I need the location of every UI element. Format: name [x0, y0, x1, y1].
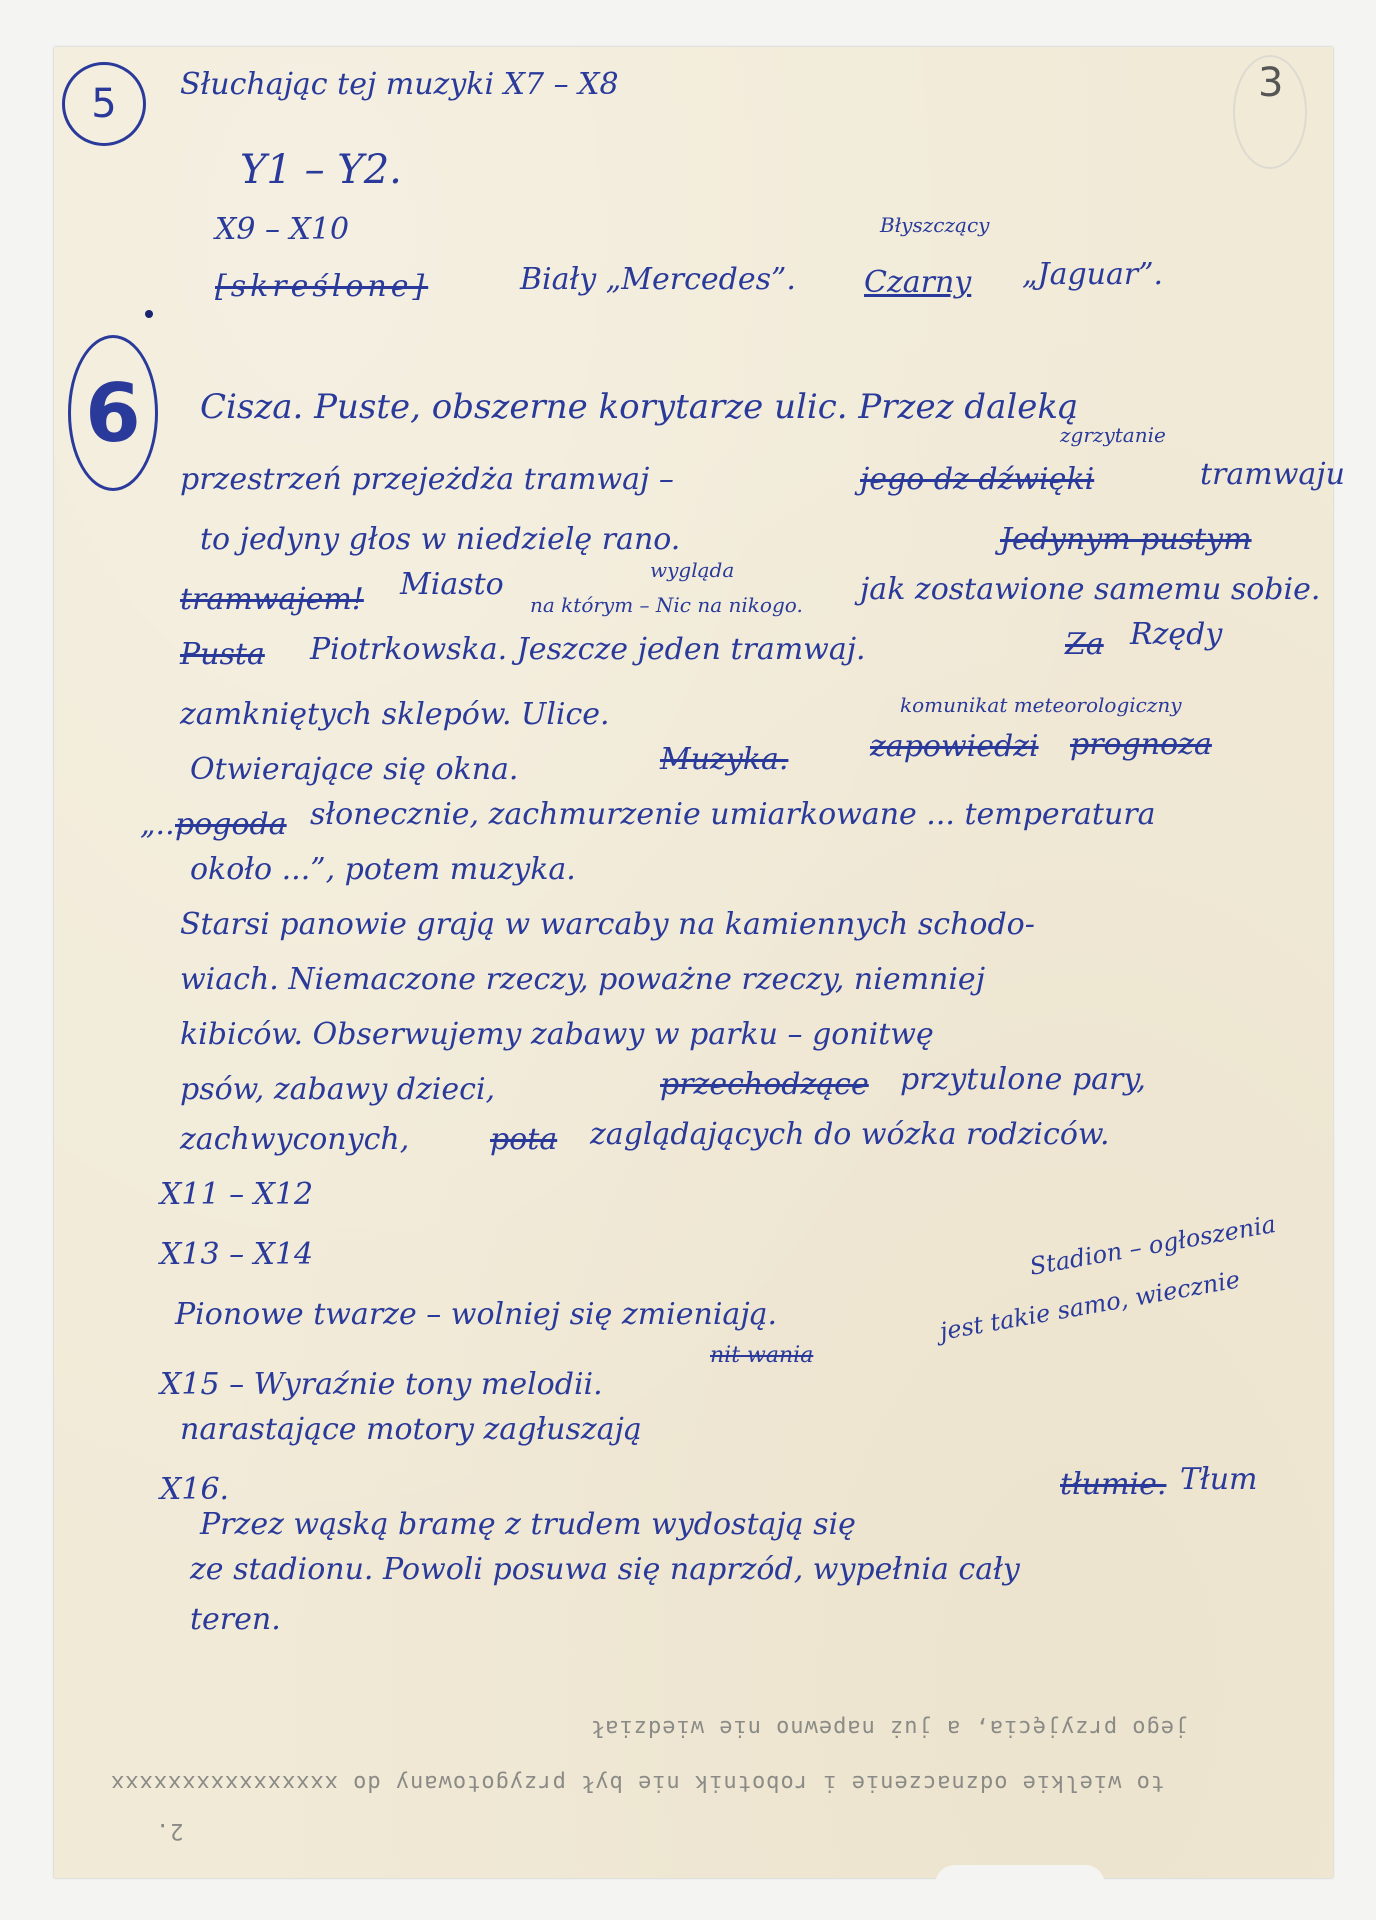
struck-word: Czarny: [864, 268, 971, 298]
line: X15 – Wyraźnie tony melodii.: [160, 1370, 603, 1400]
line: zamkniętych sklepów. Ulice.: [180, 700, 610, 730]
line: X11 – X12: [160, 1180, 313, 1210]
line: X9 – X10: [215, 215, 349, 245]
struck-word: tramwajem!: [180, 585, 364, 615]
line: Przez wąską bramę z trudem wydostają się: [200, 1510, 856, 1540]
section-marker-6: 6: [68, 335, 158, 491]
line: około ...”, potem muzyka.: [190, 855, 576, 885]
page-number: 3: [1258, 60, 1283, 106]
line: przytulone pary,: [900, 1065, 1146, 1095]
struck-word: Muzyka.: [660, 745, 788, 775]
insertion: wygląda: [650, 560, 734, 580]
line: Biały „Mercedes”.: [520, 265, 796, 295]
line: słonecznie, zachmurzenie umiarkowane ...…: [310, 800, 1156, 830]
insertion: na którym – Nic na nikogo.: [530, 595, 803, 615]
line: X16.: [160, 1475, 229, 1505]
paper-tear-notch: [935, 1865, 1105, 1885]
struck-word: [skreślone]: [215, 272, 428, 302]
line: przestrzeń przejeżdża tramwaj –: [180, 465, 674, 495]
line: tramwaju: [1200, 460, 1345, 490]
line: Słuchając tej muzyki X7 – X8: [180, 70, 619, 100]
struck-word: przechodzące: [660, 1070, 869, 1100]
struck-word: prognoza: [1070, 730, 1212, 760]
line: zachwyconych,: [180, 1125, 409, 1155]
line: Otwierające się okna.: [190, 755, 518, 785]
struck-word: pota: [490, 1125, 557, 1155]
line: Y1 – Y2.: [240, 150, 402, 190]
struck-word: jego dz dźwięki: [860, 465, 1094, 495]
line: X13 – X14: [160, 1240, 313, 1270]
line: Rzędy: [1130, 620, 1222, 650]
struck-word: Jedynym pustym: [1000, 525, 1252, 555]
line: „Jaguar”.: [1022, 260, 1163, 290]
struck-word: tłumie.: [1060, 1470, 1166, 1500]
bleed-through-text: jego przyjęcia, a już napewno nie wiedzi…: [590, 1715, 1188, 1740]
bleed-through-page-number: 2.: [155, 1818, 184, 1843]
struck-word: zapowiedzi: [870, 732, 1039, 762]
ink-dot: [145, 310, 153, 318]
line: Tłum: [1180, 1465, 1258, 1495]
section-marker-5: 5: [62, 62, 146, 146]
line: psów, zabawy dzieci,: [180, 1075, 495, 1105]
line: Pionowe twarze – wolniej się zmieniają.: [175, 1300, 777, 1330]
insertion: Błyszczący: [880, 215, 989, 235]
insertion: zgrzytanie: [1060, 425, 1166, 445]
insertion: komunikat meteorologiczny: [900, 695, 1182, 715]
struck-word: nit wania: [710, 1345, 813, 1367]
line: Starsi panowie grają w warcaby na kamien…: [180, 910, 1035, 940]
line: kibiców. Obserwujemy zabawy w parku – go…: [180, 1020, 934, 1050]
line: zaglądających do wózka rodziców.: [590, 1120, 1110, 1150]
line: teren.: [190, 1605, 281, 1635]
line: Piotrkowska. Jeszcze jeden tramwaj.: [310, 635, 866, 665]
line: ze stadionu. Powoli posuwa się naprzód, …: [190, 1555, 1020, 1585]
bleed-through-text: to wielkie odznaczenie i robotnik nie by…: [110, 1770, 1164, 1795]
line: jak zostawione samemu sobie.: [860, 575, 1320, 605]
line: narastające motory zagłuszają: [180, 1415, 642, 1445]
struck-word: Pusta: [180, 640, 265, 670]
line: Cisza. Puste, obszerne korytarze ulic. P…: [200, 390, 1078, 424]
line: wiach. Niemaczone rzeczy, poważne rzeczy…: [180, 965, 985, 995]
struck-word: pogoda: [175, 810, 287, 840]
struck-word: Za: [1065, 630, 1104, 660]
line: to jedyny głos w niedzielę rano.: [200, 525, 680, 555]
line: Miasto: [400, 570, 504, 600]
